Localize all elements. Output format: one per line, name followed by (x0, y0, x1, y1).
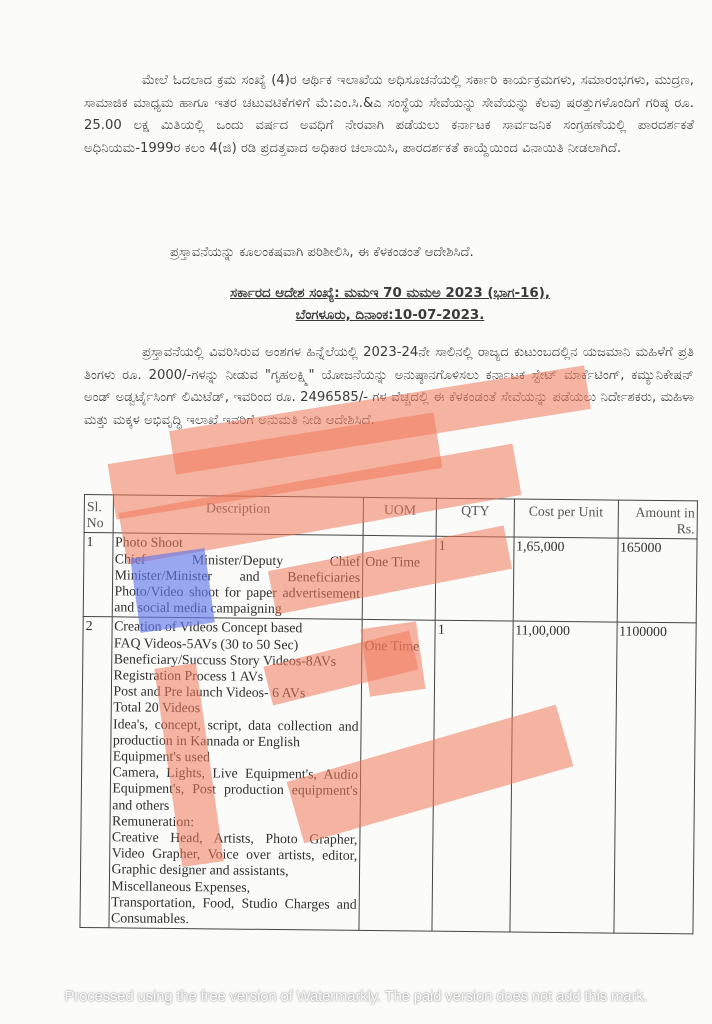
paragraph-order-body-text: ಪ್ರಸ್ತಾವನೆಯಲ್ಲಿ ವಿವರಿಸಿರುವ ಅಂಶಗಳ ಹಿನ್ನೆಲ… (84, 345, 694, 428)
header-cost-per-unit: Cost per Unit (514, 499, 618, 538)
description-line: Transportation, Food, Studio Charges and… (111, 894, 357, 929)
document-page: ಮೇಲೆ ಓದಲಾದ ಕ್ರಮ ಸಂಖ್ಯೆ (4)ರ ಆರ್ಥಿಕ ಇಲಾಖೆ… (0, 0, 712, 1024)
description-line: Creative Head, Artists, Photo Grapher, V… (111, 829, 357, 880)
cell-description: Creation of Videos Concept basedFAQ Vide… (108, 617, 362, 930)
header-description: Description (113, 495, 364, 536)
header-amount: Amount in Rs. (618, 500, 698, 539)
description-line: Idea's, concept, script, data collection… (113, 716, 359, 751)
paragraph-order-body: ಪ್ರಸ್ತಾವನೆಯಲ್ಲಿ ವಿವರಿಸಿರುವ ಅಂಶಗಳ ಹಿನ್ನೆಲ… (84, 342, 694, 432)
description-line: Photo Shoot (115, 535, 361, 554)
order-place-date: ಬೆಂಗಳೂರು, ದಿನಾಂಕ:10-07-2023. (120, 305, 660, 327)
table-row: 2Creation of Videos Concept basedFAQ Vid… (80, 617, 696, 934)
description-line: Camera, Lights, Live Equipment's, Audio … (112, 765, 358, 816)
paragraph-exemption: ಮೇಲೆ ಓದಲಾದ ಕ್ರಮ ಸಂಖ್ಯೆ (4)ರ ಆರ್ಥಿಕ ಇಲಾಖೆ… (84, 70, 694, 160)
paragraph-order-intro: ಪ್ರಸ್ತಾವನೆಯನ್ನು ಕೂಲಂಕಷವಾಗಿ ಪರಿಶೀಲಿಸಿ, ಈ … (170, 242, 690, 265)
cell-qty: 1 (435, 537, 513, 622)
table-row: 1Photo ShootChief Minister/Deputy Chief … (83, 533, 697, 623)
cell-amount: 165000 (617, 538, 697, 623)
header-sl-no: Sl. No (84, 495, 113, 534)
cell-cost-per-unit: 1,65,000 (513, 537, 618, 622)
description-line: Chief Minister/Deputy Chief Minister/Min… (114, 551, 360, 618)
cell-uom: One Time (362, 536, 436, 621)
cell-sl-no: 1 (83, 533, 112, 617)
cell-description: Photo ShootChief Minister/Deputy Chief M… (112, 533, 363, 620)
cell-amount: 1100000 (613, 623, 696, 935)
cell-uom: One Time (359, 620, 436, 932)
cell-qty: 1 (432, 621, 513, 933)
order-number: ಸರ್ಕಾರದ ಆದೇಶ ಸಂಖ್ಯೆ: ಮಮಇ 70 ಮಮಅ 2023 (ಭಾ… (120, 283, 660, 305)
government-order-reference: ಸರ್ಕಾರದ ಆದೇಶ ಸಂಖ್ಯೆ: ಮಮಇ 70 ಮಮಅ 2023 (ಭಾ… (120, 283, 660, 327)
cell-sl-no: 2 (80, 617, 112, 928)
header-qty: QTY (436, 498, 514, 537)
watermark-text: Processed using the free version of Wate… (0, 988, 712, 1005)
cell-cost-per-unit: 11,00,000 (510, 621, 617, 933)
header-uom: UOM (363, 497, 437, 536)
cost-table: Sl. No Description UOM QTY Cost per Unit… (79, 494, 698, 935)
description-line: Creation of Videos Concept based (114, 619, 360, 638)
table-header-row: Sl. No Description UOM QTY Cost per Unit… (84, 495, 697, 540)
paragraph-exemption-text: ಮೇಲೆ ಓದಲಾದ ಕ್ರಮ ಸಂಖ್ಯೆ (4)ರ ಆರ್ಥಿಕ ಇಲಾಖೆ… (84, 73, 694, 156)
